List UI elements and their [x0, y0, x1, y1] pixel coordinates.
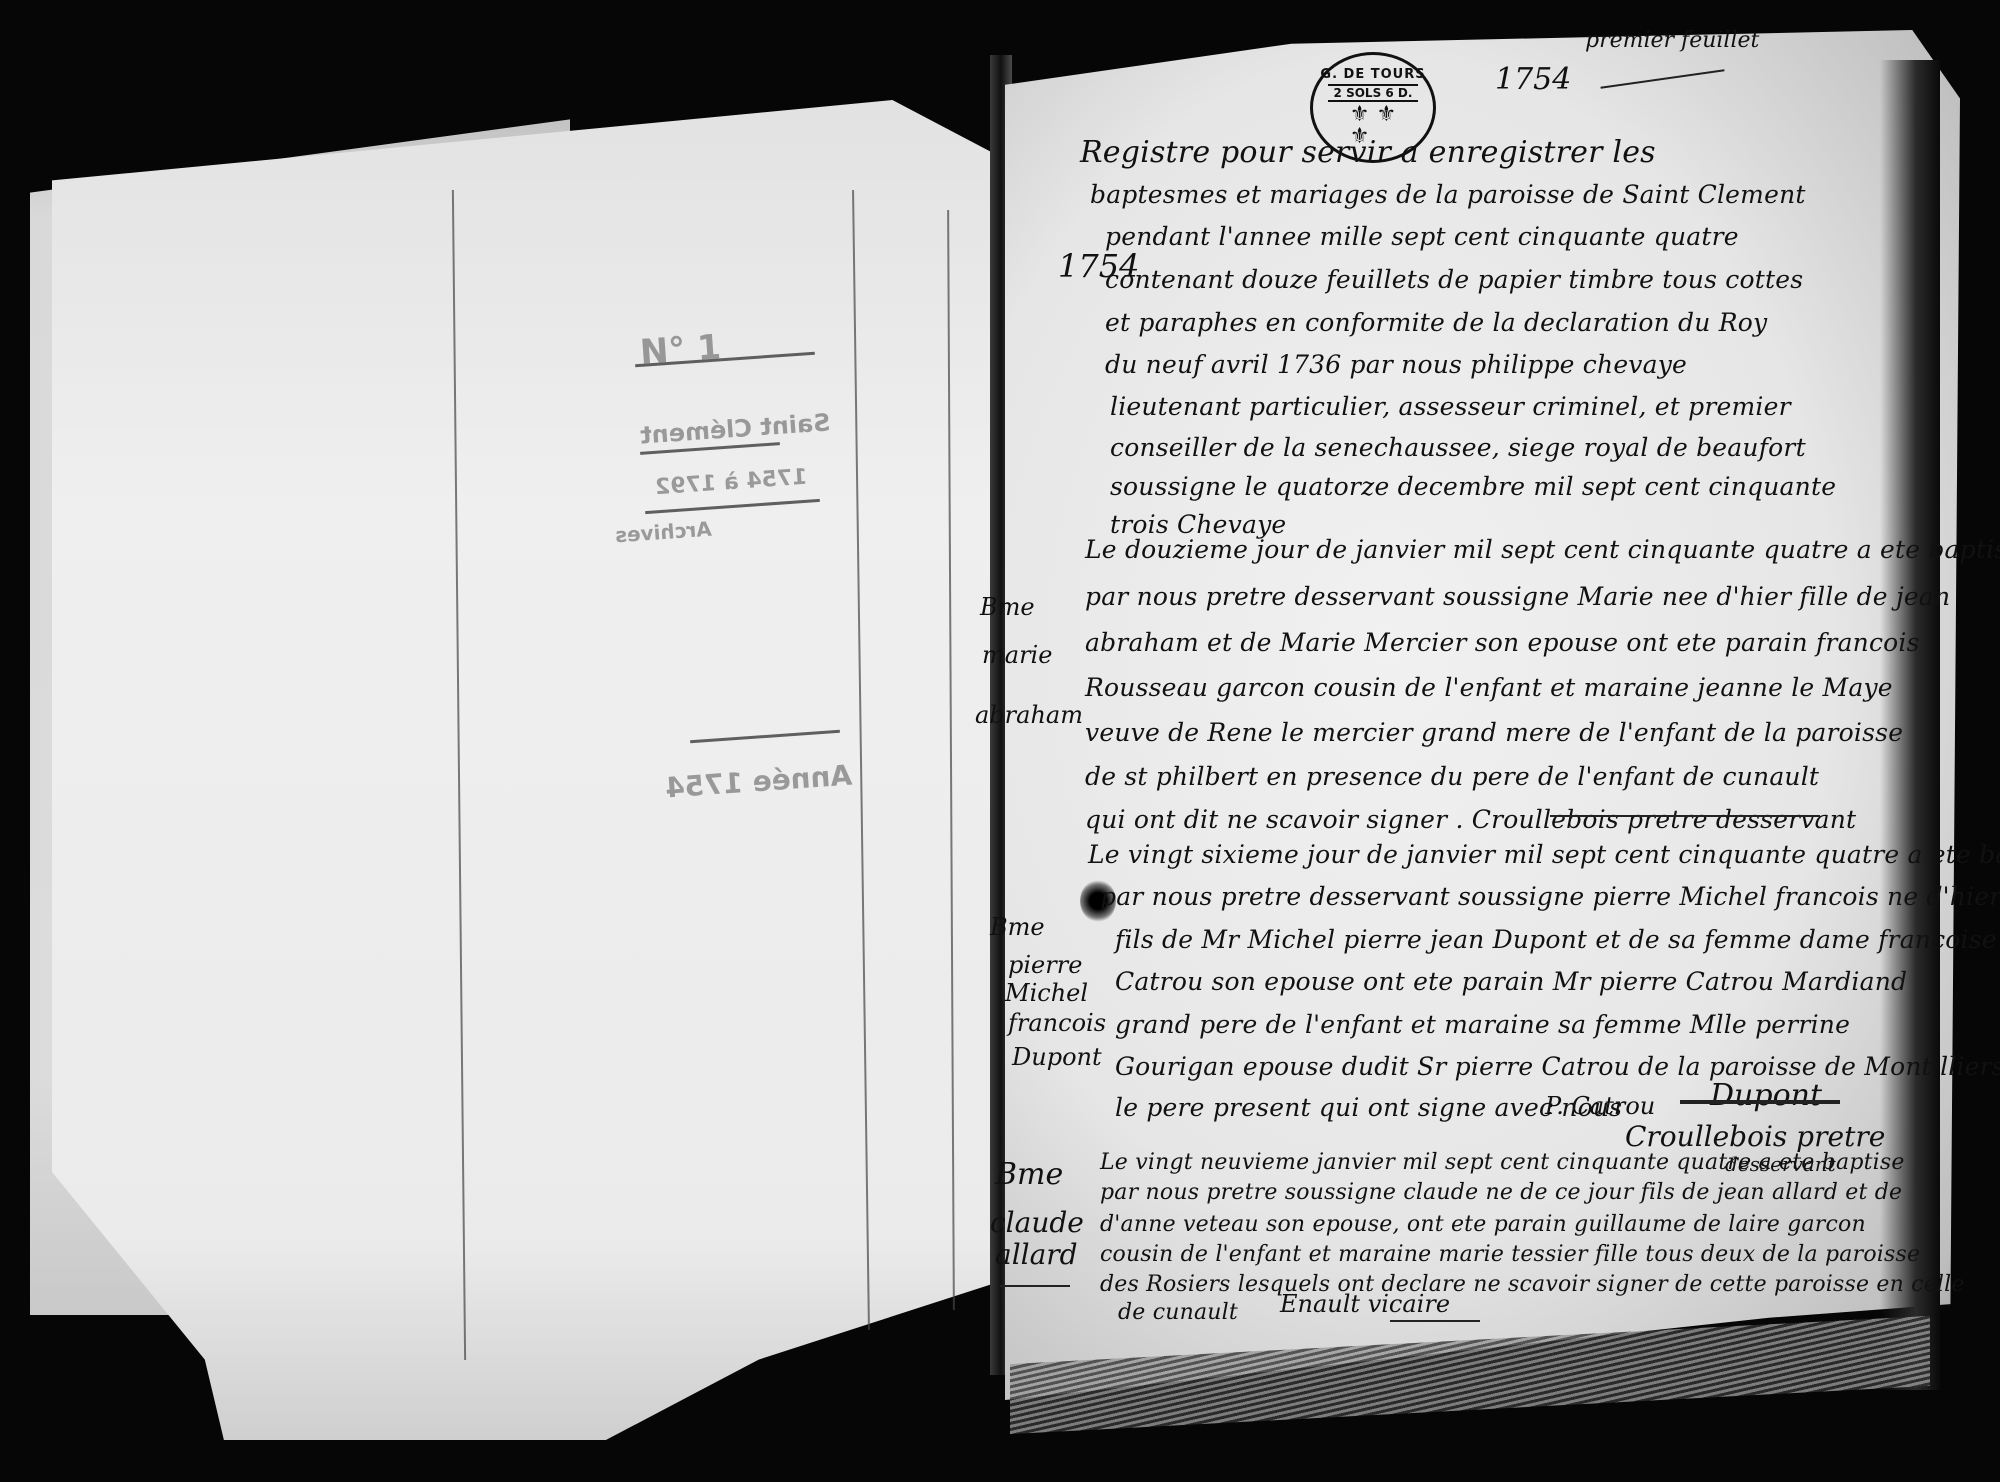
- entry-rule: [1550, 815, 1820, 817]
- entry-margin-label: Bme: [980, 592, 1035, 622]
- entry-margin-name: pierre: [1008, 950, 1082, 980]
- entry-margin-surname: Dupont: [1012, 1042, 1102, 1072]
- signature-underline: [1390, 1320, 1480, 1322]
- entry-line: Le vingt sixieme jour de janvier mil sep…: [1088, 840, 2000, 869]
- entry-margin-label: Bme: [990, 912, 1045, 942]
- preamble-line: soussigne le quatorze decembre mil sept …: [1110, 472, 1836, 501]
- entry-line: par nous pretre desservant soussigne Mar…: [1085, 582, 1950, 611]
- folio-note: premier feuillet: [1585, 28, 1759, 53]
- entry-line: grand pere de l'enfant et maraine sa fem…: [1115, 1010, 1850, 1039]
- entry-line: Rousseau garcon cousin de l'enfant et ma…: [1085, 673, 1893, 702]
- preamble-line: lieutenant particulier, assesseur crimin…: [1110, 392, 1791, 421]
- preamble-line: baptesmes et mariages de la paroisse de …: [1090, 180, 1806, 209]
- entry-line: fils de Mr Michel pierre jean Dupont et …: [1115, 925, 1997, 954]
- left-endpaper: [52, 100, 1007, 1440]
- entry-margin-name: marie: [982, 640, 1052, 670]
- entry-line: par nous pretre desservant soussigne pie…: [1100, 882, 2000, 911]
- stamp-band-text: 2 SOLS 6 D.: [1328, 84, 1419, 102]
- entry-line: abraham et de Marie Mercier son epouse o…: [1085, 628, 1920, 657]
- entry-line: cousin de l'enfant et maraine marie tess…: [1100, 1242, 1920, 1267]
- entry-line: par nous pretre soussigne claude ne de c…: [1100, 1180, 1902, 1205]
- entry-line: Le vingt neuvieme janvier mil sept cent …: [1100, 1150, 1905, 1175]
- entry-line: des Rosiers lesquels ont declare ne scav…: [1100, 1272, 1965, 1297]
- signature: P. Catrou: [1545, 1092, 1655, 1120]
- entry-margin-name: francois: [1008, 1008, 1106, 1038]
- entry-line: veuve de Rene le mercier grand mere de l…: [1085, 718, 1903, 747]
- signature: Croullebois pretre: [1625, 1120, 1885, 1153]
- preamble-line: conseiller de la senechaussee, siege roy…: [1110, 433, 1806, 462]
- preamble-line: du neuf avril 1736 par nous philippe che…: [1105, 350, 1687, 379]
- margin-rule: [1000, 1285, 1070, 1287]
- entry-margin-surname: abraham: [975, 700, 1083, 730]
- entry-margin-label: Bme: [995, 1160, 1063, 1190]
- entry-line: Le douzieme jour de janvier mil sept cen…: [1085, 535, 2000, 564]
- entry-line: de cunault: [1118, 1300, 1238, 1325]
- preamble-line: pendant l'annee mille sept cent cinquant…: [1105, 222, 1739, 251]
- stamp-top-text: G. DE TOURS: [1320, 67, 1425, 82]
- year-header: 1754: [1495, 62, 1571, 97]
- entry-line: d'anne veteau son epouse, ont ete parain…: [1100, 1212, 1866, 1237]
- entry-margin-surname: allard: [995, 1240, 1078, 1270]
- signature: Dupont: [1710, 1078, 1822, 1113]
- entry-line: Gourigan epouse dudit Sr pierre Catrou d…: [1115, 1052, 2000, 1081]
- entry-line: qui ont dit ne scavoir signer . Croulleb…: [1085, 805, 1856, 834]
- entry-line: de st philbert en presence du pere de l'…: [1085, 762, 1819, 791]
- signature: Enault vicaire: [1280, 1290, 1450, 1318]
- entry-margin-name: Michel: [1005, 978, 1088, 1008]
- preamble-line: Registre pour servir a enregistrer les: [1080, 135, 1656, 170]
- entry-margin-name: claude: [990, 1208, 1084, 1238]
- preamble-line: et paraphes en conformite de la declarat…: [1105, 308, 1767, 337]
- scanned-register-spread: N° 1 Saint Clément 1754 à 1792 Archives …: [0, 0, 2000, 1482]
- signature-underline: [1680, 1100, 1840, 1104]
- preamble-line: contenant douze feuillets de papier timb…: [1105, 265, 1803, 294]
- entry-line: Catrou son epouse ont ete parain Mr pier…: [1115, 967, 1907, 996]
